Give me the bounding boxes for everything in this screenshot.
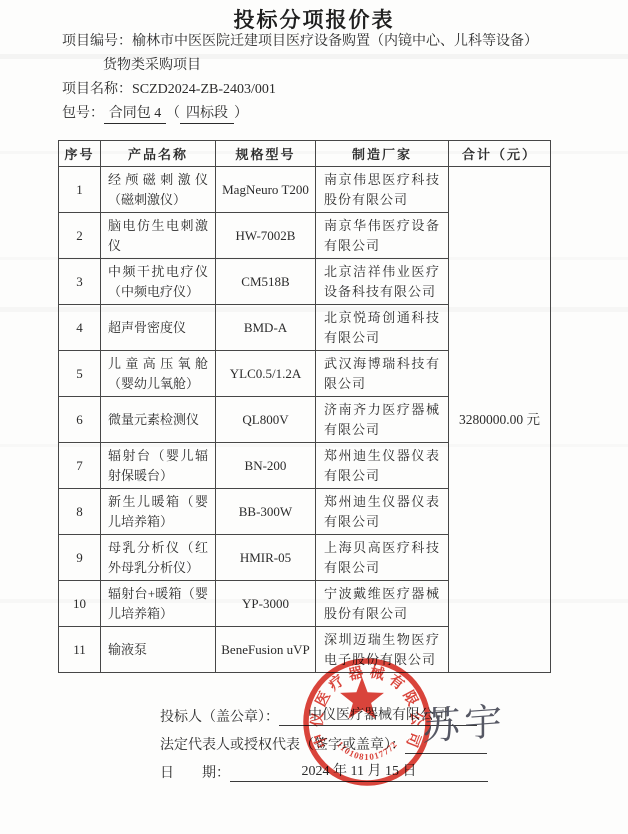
quotation-table: 序号 产品名称 规格型号 制造厂家 合计（元） 1 经颅磁刺激仪（磁刺激仪） M… xyxy=(58,140,551,673)
project-number-line: 项目编号：榆林市中医医院迁建项目医疗设备购置（内镜中心、儿科等设备） xyxy=(62,30,574,54)
cell-product: 新生儿暖箱（婴儿培养箱） xyxy=(101,489,216,535)
cell-model: BN-200 xyxy=(216,443,316,489)
cell-total-amount: 3280000.00 元 xyxy=(449,167,551,673)
cell-model: CM518B xyxy=(216,259,316,305)
header-product: 产品名称 xyxy=(101,141,216,167)
scanned-document-page: 投标分项报价表 项目编号：榆林市中医医院迁建项目医疗设备购置（内镜中心、儿科等设… xyxy=(0,0,628,834)
cell-seq: 2 xyxy=(59,213,101,259)
cell-manufacturer: 郑州迪生仪器仪表有限公司 xyxy=(316,443,449,489)
cell-model: BeneFusion uVP xyxy=(216,627,316,673)
cell-model: YP-3000 xyxy=(216,581,316,627)
header-seq: 序号 xyxy=(59,141,101,167)
cell-seq: 4 xyxy=(59,305,101,351)
cell-seq: 3 xyxy=(59,259,101,305)
cell-model: QL800V xyxy=(216,397,316,443)
cell-model: HMIR-05 xyxy=(216,535,316,581)
cell-manufacturer: 济南齐力医疗器械有限公司 xyxy=(316,397,449,443)
cell-model: BB-300W xyxy=(216,489,316,535)
cell-model: BMD-A xyxy=(216,305,316,351)
cell-seq: 11 xyxy=(59,627,101,673)
table-row: 1 经颅磁刺激仪（磁刺激仪） MagNeuro T200 南京伟思医疗科技股份有… xyxy=(59,167,551,213)
cell-manufacturer: 北京洁祥伟业医疗设备科技有限公司 xyxy=(316,259,449,305)
date-line: 日 期：2024 年 11 月 15 日 xyxy=(160,762,488,782)
paren-open: （ xyxy=(166,106,180,121)
package-label: 包号： xyxy=(62,106,104,121)
cell-product: 儿童高压氧舱（婴幼儿氧舱） xyxy=(101,351,216,397)
project-number-value-line1: 榆林市中医医院迁建项目医疗设备购置（内镜中心、儿科等设备） xyxy=(132,34,538,49)
cell-model: HW-7002B xyxy=(216,213,316,259)
package-line: 包号：合同包 4（四标段） xyxy=(62,102,574,126)
cell-manufacturer: 深圳迈瑞生物医疗电子股份有限公司 xyxy=(316,627,449,673)
bidder-label: 投标人（盖公章）： xyxy=(160,710,279,725)
cell-seq: 9 xyxy=(59,535,101,581)
cell-product: 经颅磁刺激仪（磁刺激仪） xyxy=(101,167,216,213)
date-label: 日 期： xyxy=(160,766,230,781)
project-name-label: 项目名称： xyxy=(62,82,132,97)
cell-manufacturer: 上海贝高医疗科技有限公司 xyxy=(316,535,449,581)
cell-product: 母乳分析仪（红外母乳分析仪） xyxy=(101,535,216,581)
cell-product: 输液泵 xyxy=(101,627,216,673)
cell-model: YLC0.5/1.2A xyxy=(216,351,316,397)
cell-seq: 10 xyxy=(59,581,101,627)
table-header-row: 序号 产品名称 规格型号 制造厂家 合计（元） xyxy=(59,141,551,167)
cell-seq: 6 xyxy=(59,397,101,443)
representative-label: 法定代表人或授权代表（签字或盖章）： xyxy=(160,738,405,753)
handwritten-signature: 苏宇 xyxy=(422,703,506,747)
section-field: 四标段 xyxy=(180,105,234,124)
cell-manufacturer: 武汉海博瑞科技有限公司 xyxy=(316,351,449,397)
cell-manufacturer: 北京悦琦创通科技有限公司 xyxy=(316,305,449,351)
cell-manufacturer: 南京华伟医疗设备有限公司 xyxy=(316,213,449,259)
cell-seq: 5 xyxy=(59,351,101,397)
cell-seq: 7 xyxy=(59,443,101,489)
header-manufacturer: 制造厂家 xyxy=(316,141,449,167)
cell-product: 超声骨密度仪 xyxy=(101,305,216,351)
header-total: 合计（元） xyxy=(449,141,551,167)
package-number-field: 合同包 4 xyxy=(104,105,166,124)
meta-block: 项目编号：榆林市中医医院迁建项目医疗设备购置（内镜中心、儿科等设备） 货物类采购… xyxy=(62,30,574,126)
cell-manufacturer: 南京伟思医疗科技股份有限公司 xyxy=(316,167,449,213)
project-number-value-line2: 货物类采购项目 xyxy=(103,54,574,78)
cell-product: 辐射台（婴儿辐射保暖台） xyxy=(101,443,216,489)
project-name-value: SCZD2024-ZB-2403/001 xyxy=(132,82,276,97)
cell-product: 中频干扰电疗仪（中频电疗仪） xyxy=(101,259,216,305)
cell-model: MagNeuro T200 xyxy=(216,167,316,213)
project-number-label: 项目编号： xyxy=(62,34,132,49)
cell-seq: 8 xyxy=(59,489,101,535)
date-field: 2024 年 11 月 15 日 xyxy=(230,762,488,782)
cell-product: 微量元素检测仪 xyxy=(101,397,216,443)
header-model: 规格型号 xyxy=(216,141,316,167)
representative-signature-field xyxy=(405,753,487,754)
cell-manufacturer: 宁波戴维医疗器械股份有限公司 xyxy=(316,581,449,627)
project-name-line: 项目名称：SCZD2024-ZB-2403/001 xyxy=(62,78,574,102)
cell-manufacturer: 郑州迪生仪器仪表有限公司 xyxy=(316,489,449,535)
cell-product: 脑电仿生电刺激仪 xyxy=(101,213,216,259)
cell-seq: 1 xyxy=(59,167,101,213)
paren-close: ） xyxy=(234,106,248,121)
cell-product: 辐射台+暖箱（婴儿培养箱） xyxy=(101,581,216,627)
